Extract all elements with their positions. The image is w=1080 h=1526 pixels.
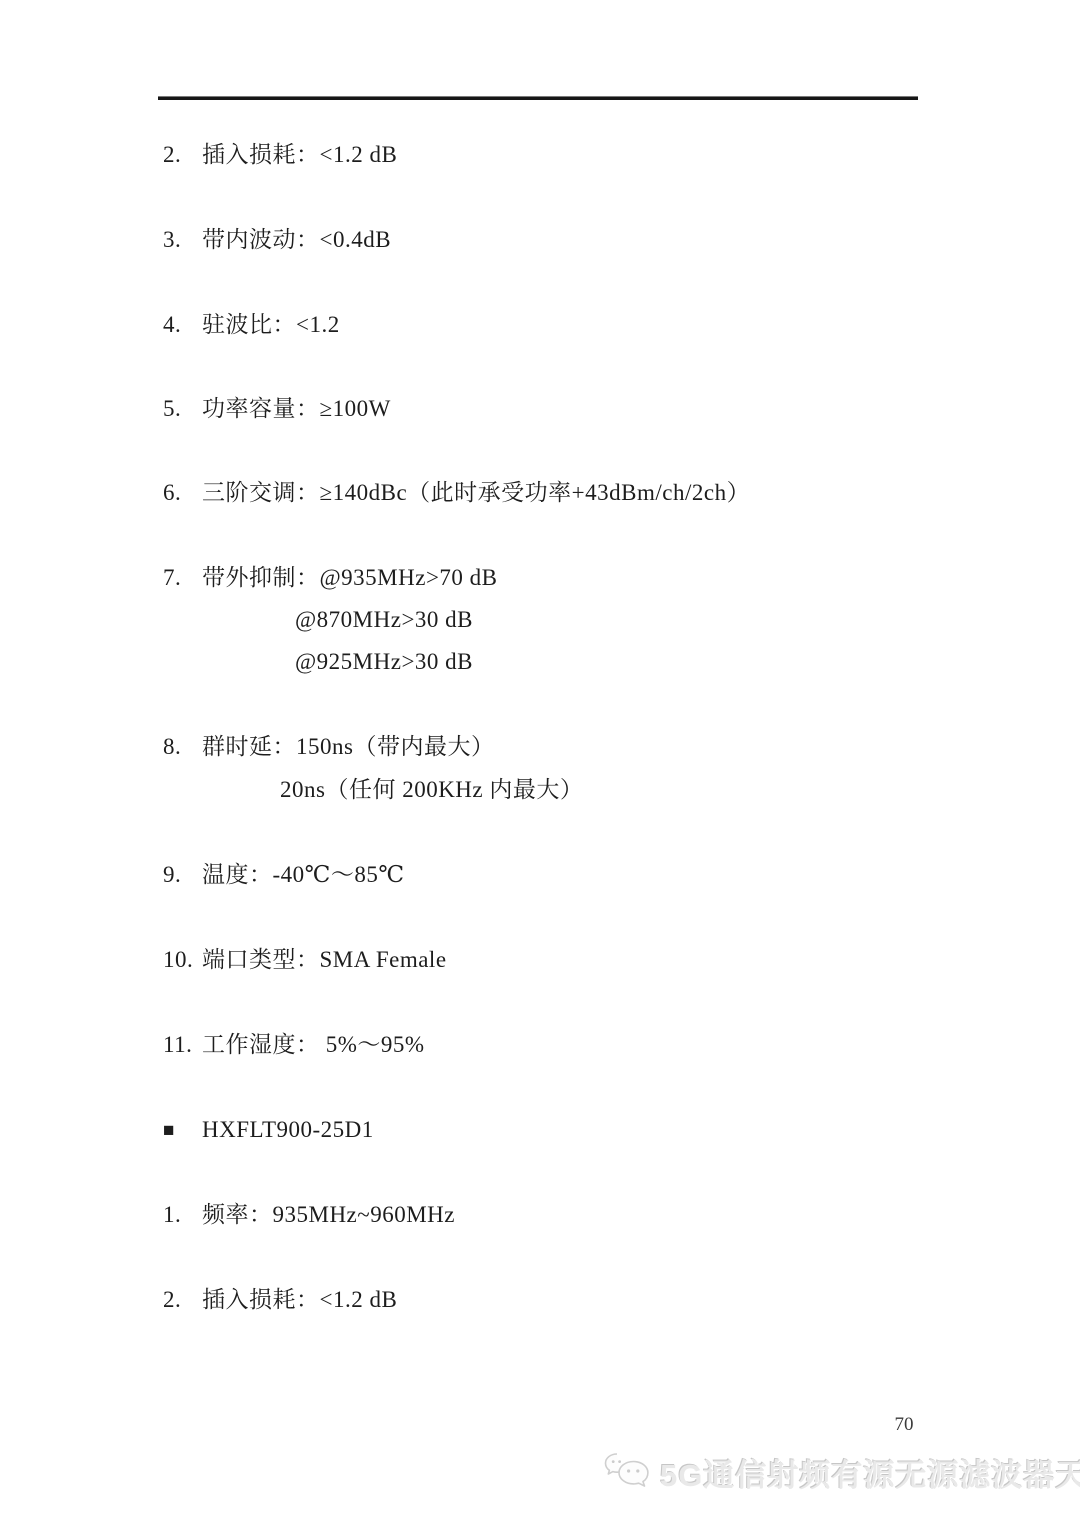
spec-line: @870MHz>30 dB <box>295 605 473 635</box>
bullet-square-icon: ■ <box>163 1116 202 1146</box>
page-number: 70 <box>878 1412 930 1438</box>
line-text: @925MHz>30 dB <box>295 649 473 674</box>
line-number: 9. <box>163 860 202 890</box>
spec-line: 4.驻波比：<1.2 <box>163 310 340 340</box>
wechat-icon <box>604 1452 652 1494</box>
spec-line: 1.频率：935MHz~960MHz <box>163 1200 455 1230</box>
spec-line: 11.工作湿度： 5%～95% <box>163 1030 425 1060</box>
line-text: 功率容量：≥100W <box>202 396 391 421</box>
watermark-text: 5G通信射频有源无源滤波器天线 <box>660 1450 1080 1495</box>
line-number: 5. <box>163 394 202 424</box>
spec-line: 20ns（任何 200KHz 内最大） <box>280 775 583 805</box>
spec-line: 8.群时延：150ns（带内最大） <box>163 732 494 762</box>
spec-line: @925MHz>30 dB <box>295 647 473 677</box>
line-text: 工作湿度： 5%～95% <box>202 1032 425 1057</box>
line-text: 插入损耗：<1.2 dB <box>202 142 397 167</box>
line-text: 群时延：150ns（带内最大） <box>202 734 494 759</box>
line-number: 8. <box>163 732 202 762</box>
spec-line: 2.插入损耗：<1.2 dB <box>163 1285 397 1315</box>
line-number: 1. <box>163 1200 202 1230</box>
line-text: HXFLT900-25D1 <box>202 1117 374 1142</box>
spec-line: 7.带外抑制：@935MHz>70 dB <box>163 563 498 593</box>
spec-line: 9.温度：-40℃～85℃ <box>163 860 405 890</box>
spec-list: 2.插入损耗：<1.2 dB3.带内波动：<0.4dB4.驻波比：<1.25.功… <box>0 0 1080 1526</box>
line-text: 带内波动：<0.4dB <box>202 227 391 252</box>
line-text: 20ns（任何 200KHz 内最大） <box>280 777 583 802</box>
spec-line: 6.三阶交调：≥140dBc（此时承受功率+43dBm/ch/2ch） <box>163 478 750 508</box>
line-number: 11. <box>163 1030 202 1060</box>
line-number: 2. <box>163 1285 202 1315</box>
line-text: 插入损耗：<1.2 dB <box>202 1287 397 1312</box>
line-number: 7. <box>163 563 202 593</box>
line-text: 驻波比：<1.2 <box>202 312 340 337</box>
line-text: 端口类型：SMA Female <box>202 947 447 972</box>
line-number: 10. <box>163 945 202 975</box>
line-number: 4. <box>163 310 202 340</box>
line-text: @870MHz>30 dB <box>295 607 473 632</box>
spec-line: 5.功率容量：≥100W <box>163 394 391 424</box>
line-text: 温度：-40℃～85℃ <box>202 862 405 887</box>
line-text: 频率：935MHz~960MHz <box>202 1202 455 1227</box>
spec-line: 2.插入损耗：<1.2 dB <box>163 140 397 170</box>
spec-line: 10.端口类型：SMA Female <box>163 945 447 975</box>
line-number: 3. <box>163 225 202 255</box>
line-text: 带外抑制：@935MHz>70 dB <box>202 565 498 590</box>
spec-line: 3.带内波动：<0.4dB <box>163 225 391 255</box>
line-number: 2. <box>163 140 202 170</box>
line-number: 6. <box>163 478 202 508</box>
model-heading-line: ■HXFLT900-25D1 <box>163 1115 374 1146</box>
watermark: 5G通信射频有源无源滤波器天线 <box>604 1450 1080 1495</box>
line-text: 三阶交调：≥140dBc（此时承受功率+43dBm/ch/2ch） <box>202 480 750 505</box>
document-page: 2.插入损耗：<1.2 dB3.带内波动：<0.4dB4.驻波比：<1.25.功… <box>0 0 1080 1526</box>
